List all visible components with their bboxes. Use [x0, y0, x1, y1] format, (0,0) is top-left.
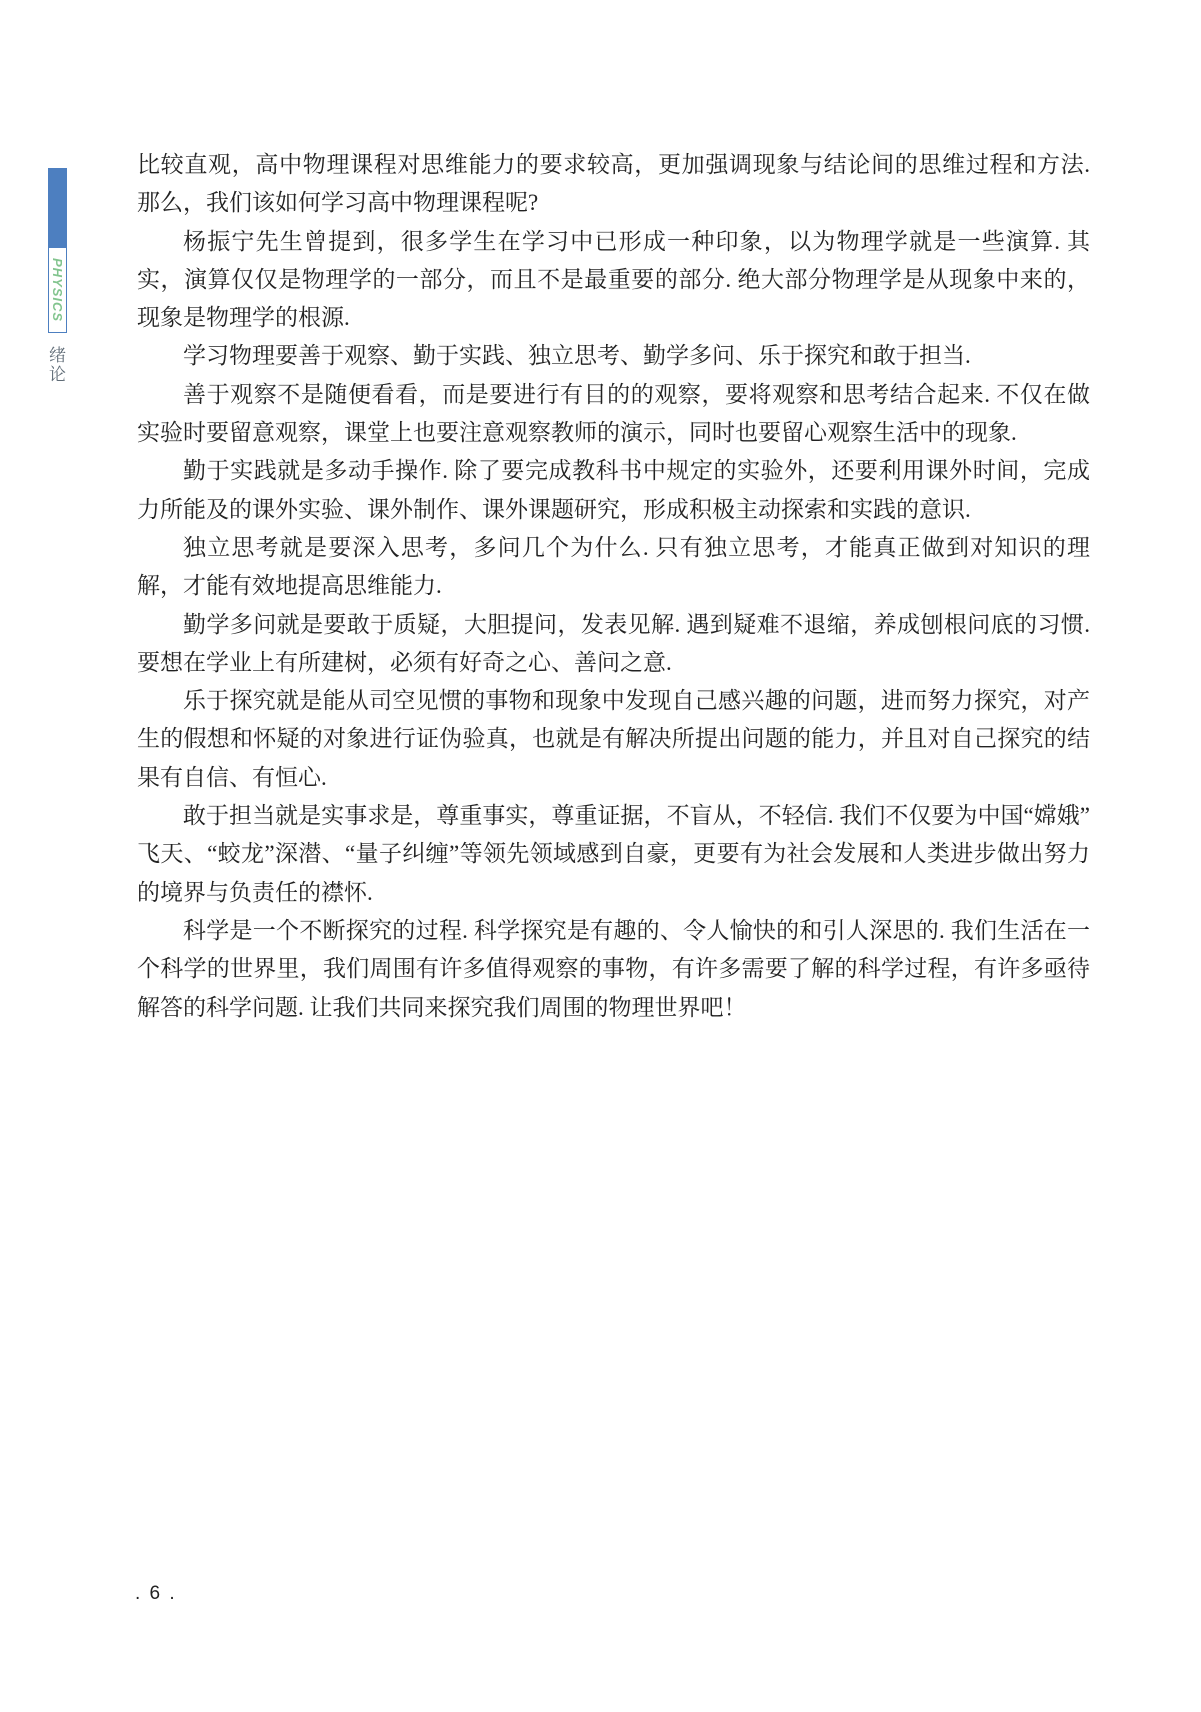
paragraph: 杨振宁先生曾提到，很多学生在学习中已形成一种印象，以为物理学就是一些演算. 其实… [137, 223, 1090, 338]
body-text: 比较直观，高中物理课程对思维能力的要求较高，更加强调现象与结论间的思维过程和方法… [137, 146, 1090, 1027]
chapter-label: 绪论 [46, 346, 68, 384]
paragraph: 勤学多问就是要敢于质疑，大胆提问，发表见解. 遇到疑难不退缩，养成刨根问底的习惯… [137, 606, 1090, 683]
paragraph: 比较直观，高中物理课程对思维能力的要求较高，更加强调现象与结论间的思维过程和方法… [137, 146, 1090, 223]
physics-edge-tab-label: PHYSICS [50, 258, 65, 322]
paragraph: 勤于实践就是多动手操作. 除了要完成教科书中规定的实验外，还要利用课外时间，完成… [137, 452, 1090, 529]
textbook-page: PHYSICS 绪论 比较直观，高中物理课程对思维能力的要求较高，更加强调现象与… [0, 0, 1201, 1712]
paragraph: 善于观察不是随便看看，而是要进行有目的的观察，要将观察和思考结合起来. 不仅在做… [137, 376, 1090, 453]
paragraph: 科学是一个不断探究的过程. 科学探究是有趣的、令人愉快的和引人深思的. 我们生活… [137, 912, 1090, 1027]
sidebar-accent-bar [48, 168, 67, 247]
paragraph: 敢于担当就是实事求是，尊重事实，尊重证据，不盲从，不轻信. 我们不仅要为中国“嫦… [137, 797, 1090, 912]
page-number: . 6 . [135, 1583, 177, 1605]
paragraph: 学习物理要善于观察、勤于实践、独立思考、勤学多问、乐于探究和敢于担当. [137, 337, 1090, 375]
physics-edge-tab: PHYSICS [48, 247, 67, 333]
paragraph: 乐于探究就是能从司空见惯的事物和现象中发现自己感兴趣的问题，进而努力探究，对产生… [137, 682, 1090, 797]
paragraph: 独立思考就是要深入思考，多问几个为什么. 只有独立思考，才能真正做到对知识的理解… [137, 529, 1090, 606]
